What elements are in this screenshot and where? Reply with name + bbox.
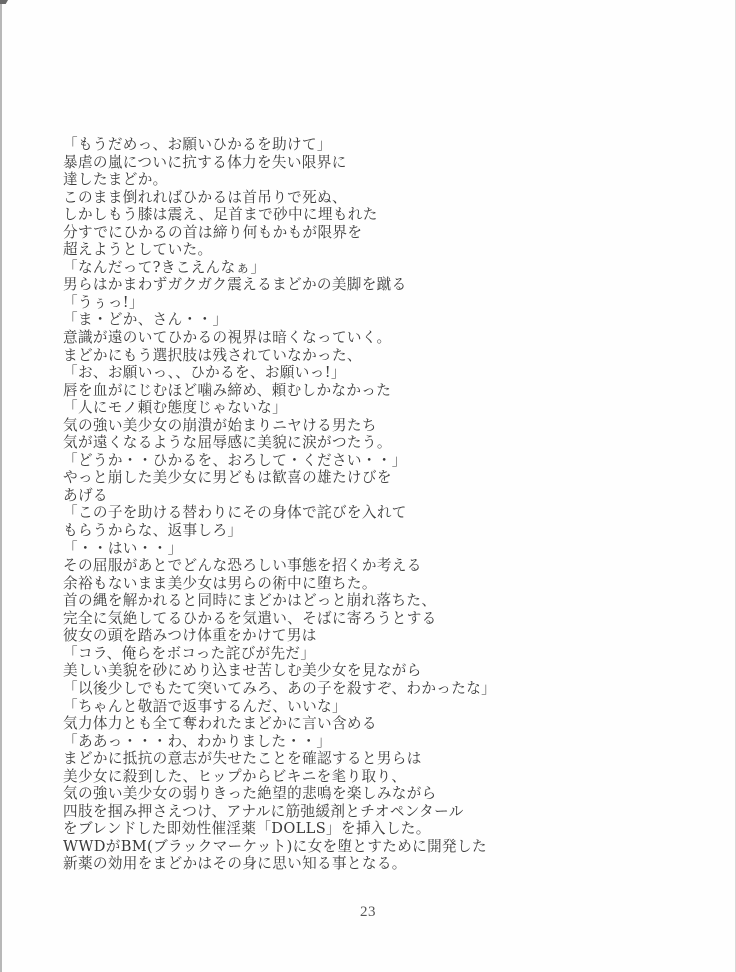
text-line: 意識が遠のいてひかるの視界は暗くなっていく。 — [63, 329, 623, 347]
text-line: 「ちゃんと敬語で返事するんだ、いいな」 — [63, 698, 623, 716]
text-line: まどかに抵抗の意志が失せたことを確認すると男らは — [63, 750, 623, 768]
text-line: 首の縄を解かれると同時にまどかはどっと崩れ落ちた、 — [63, 592, 623, 610]
text-line: 気の強い美少女の崩潰が始まりニヤける男たち — [63, 417, 623, 435]
text-line: 余裕もないまま美少女は男らの術中に堕ちた。 — [63, 575, 623, 593]
text-line: 彼女の頭を踏みつけ体重をかけて男は — [63, 627, 623, 645]
text-line: 完全に気絶してるひかるを気遣い、そばに寄ろうとする — [63, 610, 623, 628]
text-line: 「なんだって?きこえんなぁ」 — [63, 259, 623, 277]
text-line: 美しい美貌を砂にめり込ませ苦しむ美少女を見ながら — [63, 662, 623, 680]
text-line: をブレンドした即効性催淫薬「DOLLS」を挿入した。 — [63, 820, 623, 838]
text-line: 新薬の効用をまどかはその身に思い知る事となる。 — [63, 855, 623, 873]
page-corner-mark — [0, 0, 8, 4]
text-line: 気の強い美少女の弱りきった絶望的悲鳴を楽しみながら — [63, 785, 623, 803]
page-left-edge — [0, 0, 2, 972]
text-line: 分すでにひかるの首は締り何もかもが限界を — [63, 224, 623, 242]
text-line: 「もうだめっ、お願いひかるを助けて」 — [63, 136, 623, 154]
text-line: 唇を血がにじむほど噛み締め、頼むしかなかった — [63, 382, 623, 400]
text-line: やっと崩した美少女に男どもは歓喜の雄たけびを — [63, 469, 623, 487]
text-line: 「人にモノ頼む態度じゃないな」 — [63, 399, 623, 417]
text-line: 「・・はい・・」 — [63, 540, 623, 558]
text-line: しかしもう膝は震え、足首まで砂中に埋もれた — [63, 206, 623, 224]
scanned-page: 「もうだめっ、お願いひかるを助けて」 暴虐の嵐についに抗する体力を失い限界に 達… — [0, 0, 736, 972]
text-line: 男らはかまわずガクガク震えるまどかの美脚を蹴る — [63, 276, 623, 294]
text-line: 美少女に殺到した、ヒップからビキニを毟り取り、 — [63, 768, 623, 786]
text-line: 「ま・どか、さん・・」 — [63, 311, 623, 329]
text-line: 「お、お願いっ、、ひかるを、お願いっ!」 — [63, 364, 623, 382]
text-line: その屈服があとでどんな恐ろしい事態を招くか考える — [63, 557, 623, 575]
text-line: あげる — [63, 487, 623, 505]
text-line: WWDがBM(ブラックマーケット)に女を堕とすために開発した — [63, 838, 623, 856]
text-line: 四肢を掴み押さえつけ、アナルに筋弛緩剤とチオペンタール — [63, 803, 623, 821]
text-line: このまま倒れればひかるは首吊りで死ぬ、 — [63, 189, 623, 207]
text-line: 気が遠くなるような屈辱感に美貌に涙がつたう。 — [63, 434, 623, 452]
text-line: 気力体力とも全て奪われたまどかに言い含める — [63, 715, 623, 733]
text-line: 「うぅっ!」 — [63, 294, 623, 312]
text-line: まどかにもう選択肢は残されていなかった、 — [63, 347, 623, 365]
text-line: 「この子を助ける替わりにその身体で詫びを入れて — [63, 504, 623, 522]
text-line: 「どうか・・ひかるを、おろして・ください・・」 — [63, 452, 623, 470]
text-line: 「コラ、俺らをボコった詫びが先だ」 — [63, 645, 623, 663]
text-line: 「ああっ・・・わ、わかりました・・」 — [63, 733, 623, 751]
body-text: 「もうだめっ、お願いひかるを助けて」 暴虐の嵐についに抗する体力を失い限界に 達… — [63, 136, 623, 873]
text-line: 暴虐の嵐についに抗する体力を失い限界に — [63, 154, 623, 172]
text-line: 「以後少しでもたて突いてみろ、あの子を殺すぞ、わかったな」 — [63, 680, 623, 698]
text-line: もらうからな、返事しろ」 — [63, 522, 623, 540]
page-number: 23 — [0, 904, 736, 921]
text-line: 超えようとしていた。 — [63, 241, 623, 259]
text-line: 達したまどか。 — [63, 171, 623, 189]
